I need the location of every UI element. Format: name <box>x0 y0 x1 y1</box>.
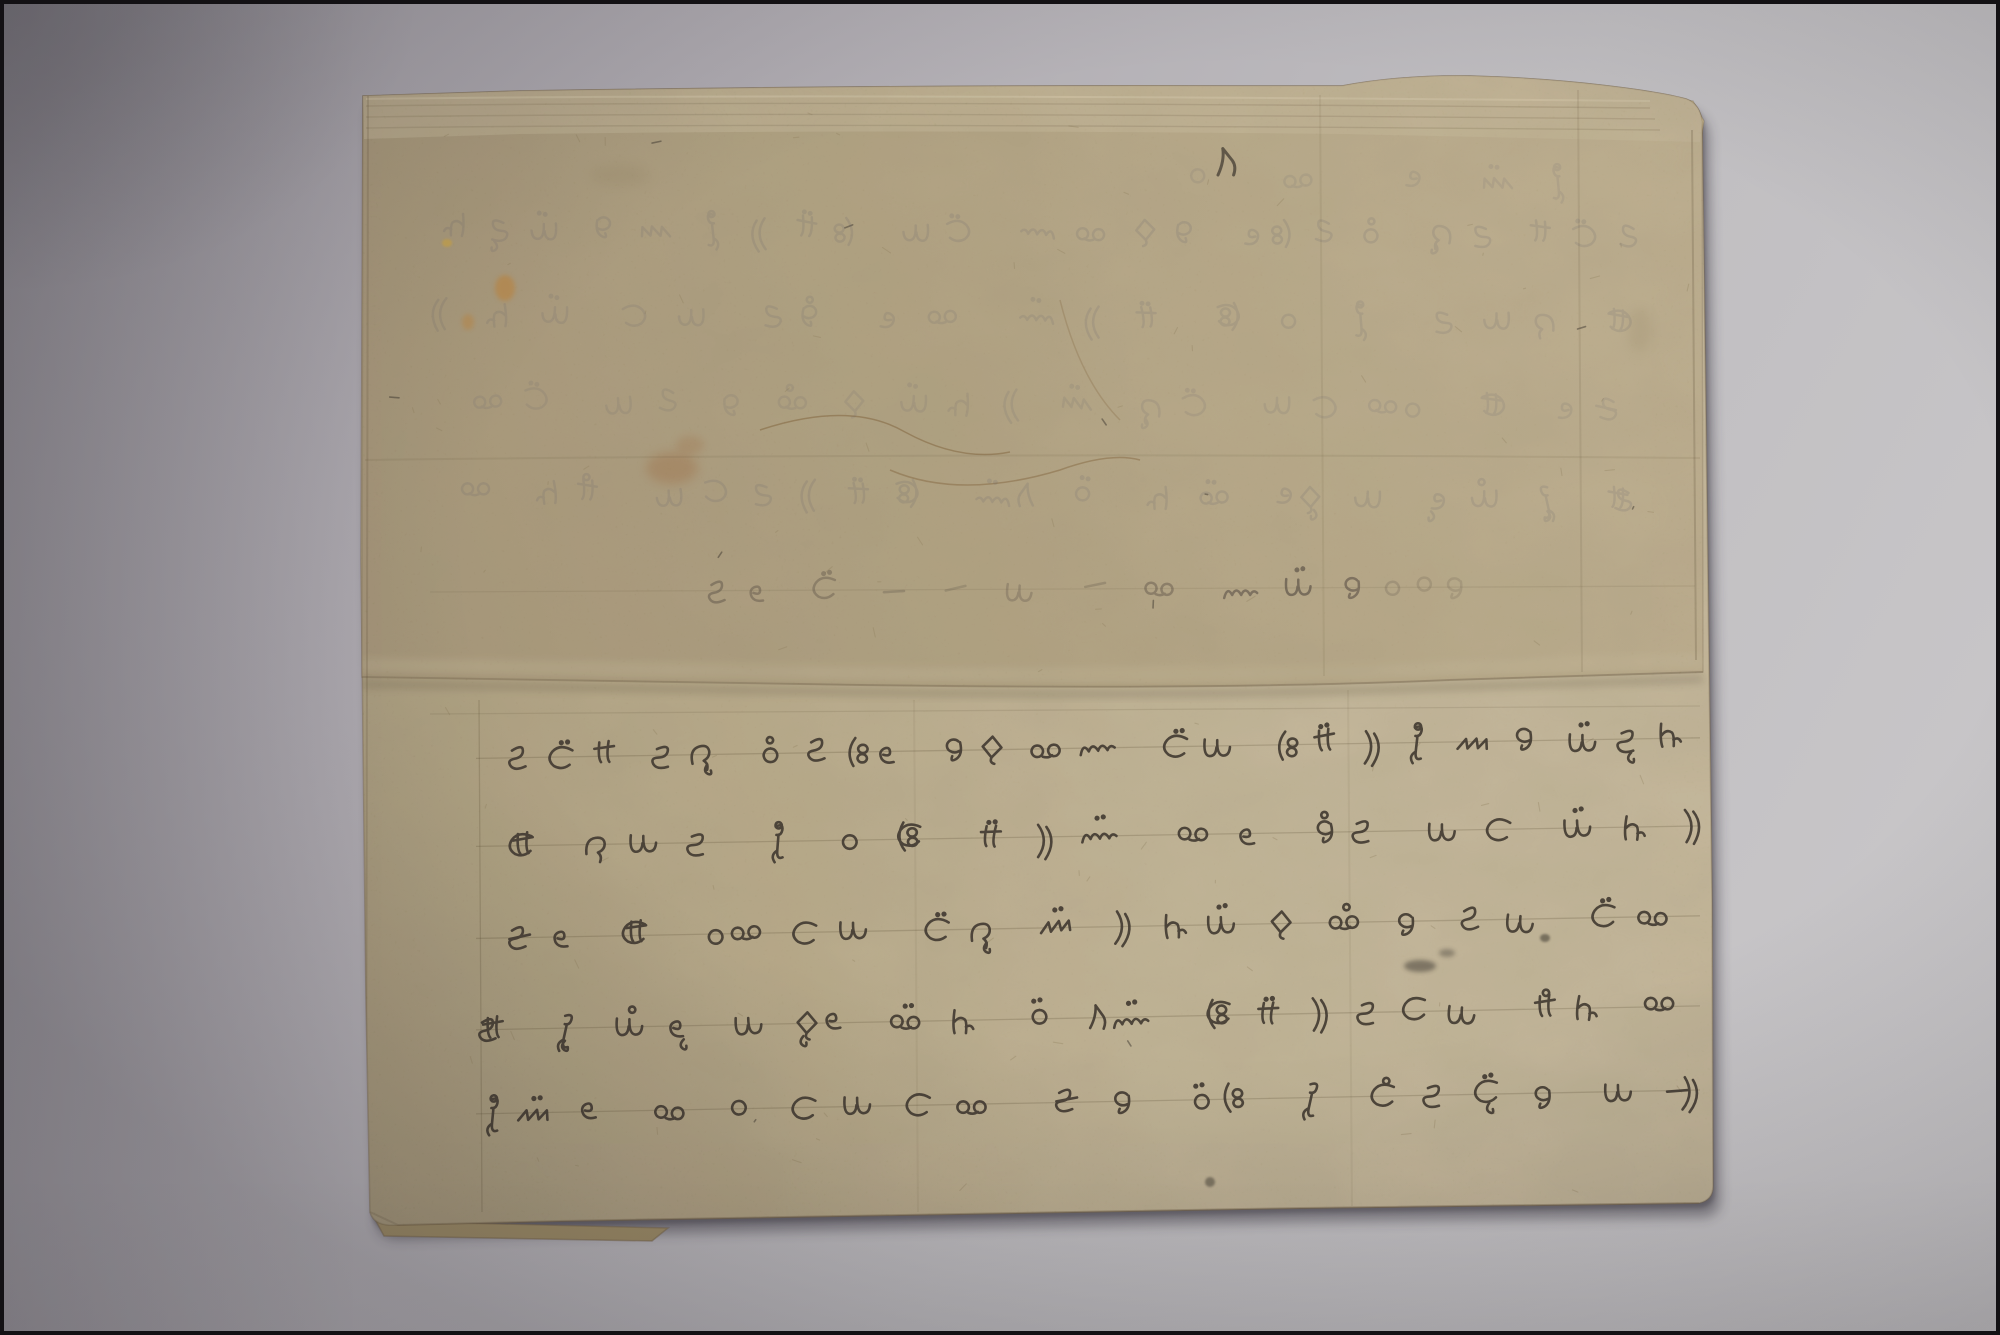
stain-3 <box>442 239 452 247</box>
stain-11 <box>1628 308 1652 352</box>
stain-7 <box>1439 949 1455 957</box>
stain-8 <box>1540 934 1550 942</box>
stain-10 <box>590 165 650 185</box>
stain-1 <box>495 275 515 301</box>
stain-2 <box>462 314 474 330</box>
stain-6 <box>1404 960 1436 972</box>
photo-scene <box>0 0 2000 1335</box>
stain-5 <box>676 436 704 454</box>
paper-texture <box>355 70 1725 1240</box>
manuscript-photograph: Photograph of a folded handwritten manus… <box>0 0 2000 1335</box>
texture-grain-light <box>355 70 1725 1240</box>
stain-9 <box>1205 1177 1215 1187</box>
